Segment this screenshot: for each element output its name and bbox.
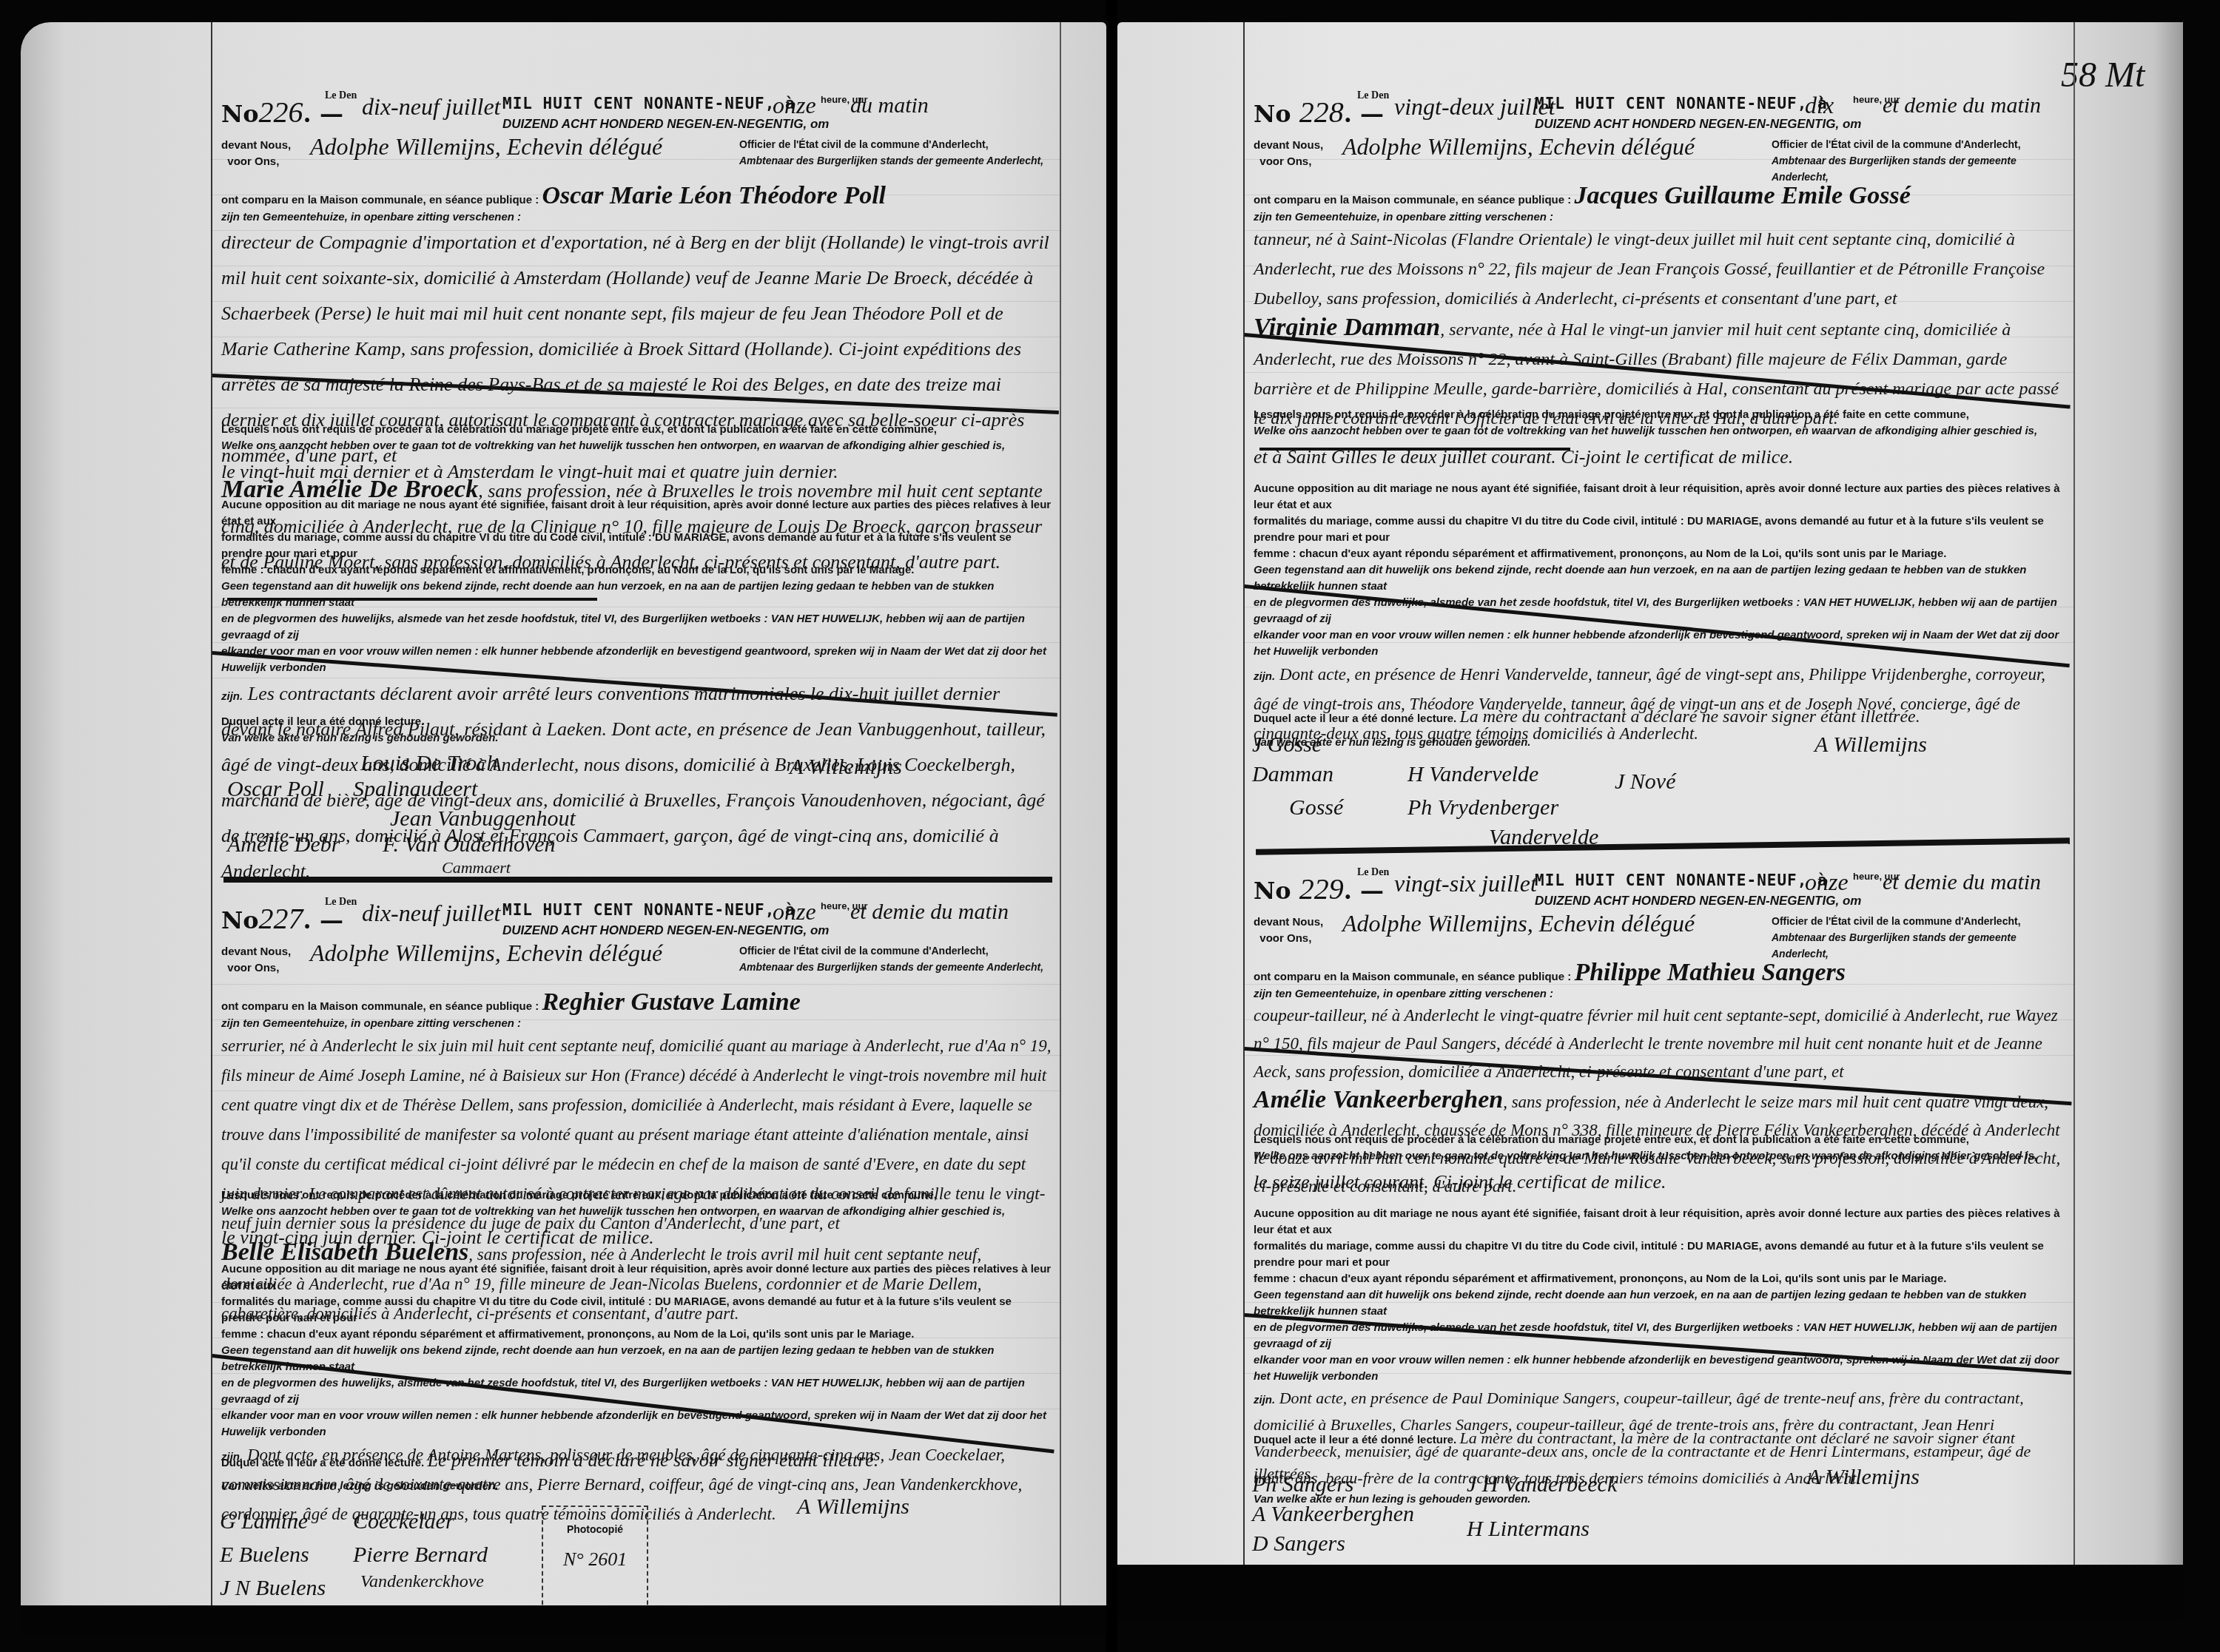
signature: Gossé — [1289, 795, 1343, 820]
publication-note: le vingt-huit mai dernier et à Amsterdam… — [221, 454, 1052, 490]
reading-229: Duquel acte il leur a été donné lecture.… — [1254, 1420, 2066, 1508]
reading-226: Duquel acte il leur a été donné lecture.… — [221, 714, 1052, 746]
signature: Ph Vrydenberger — [1407, 795, 1558, 820]
act-date: vingt-deux juillet — [1394, 93, 1555, 121]
signature: H Lintermans — [1467, 1517, 1590, 1542]
devant-nous-label: devant Nous, voor Ons, — [221, 138, 291, 170]
act-hour: onze — [773, 92, 816, 119]
signature: Spalinaudeert — [353, 777, 477, 802]
left-text-column: No226. — Le Den dix-neuf juillet MIL HUI… — [211, 22, 1061, 1635]
act-date: dix-neuf juillet — [362, 93, 501, 121]
signature: Oscar Poll — [227, 777, 324, 802]
officer-name: Adolphe Willemijns, Echevin délégué — [1342, 133, 1695, 161]
signature: A Vankeerberghen — [1252, 1502, 1414, 1527]
signature: Amélie Debr — [227, 832, 340, 857]
book-gutter — [1106, 0, 1117, 1652]
act-time: et demie du matin — [850, 900, 1009, 925]
signature: Pierre Bernard — [353, 1543, 488, 1568]
publication-226: Lesquels nous ont requis de procéder à l… — [221, 422, 1052, 889]
signature: Jean Vanbuggenhout — [390, 806, 576, 832]
act-time: et demie du matin — [1883, 93, 2041, 118]
comparu-label: ont comparu en la Maison communale, en s… — [221, 182, 1052, 225]
signature: Coeckelaer — [353, 1509, 454, 1534]
act-time: du matin — [850, 93, 929, 118]
left-page: No226. — Le Den dix-neuf juillet MIL HUI… — [21, 22, 1106, 1635]
right-page: 58 Mt No 228. — Le Den vingt-deux juille… — [1117, 22, 2183, 1620]
act-date: dix-neuf juillet — [362, 900, 501, 927]
signature: Cammaert — [442, 858, 511, 877]
signature: D Sangers — [1252, 1531, 1345, 1557]
officer-name: Adolphe Willemijns, Echevin délégué — [310, 940, 662, 967]
signature: J N Buelens — [220, 1576, 326, 1601]
signature: J Nové — [1615, 769, 1675, 795]
officer-label: Officier de l'État civil de la commune d… — [739, 136, 1043, 169]
act-hour: onze — [773, 898, 816, 926]
signature: Louis De Troch — [360, 751, 498, 776]
photocopy-stamp: Photocopié N° 2601 — [542, 1506, 648, 1612]
right-text-column: No 228. — Le Den vingt-deux juillet MIL … — [1243, 22, 2075, 1620]
reading-note: Le premier témoin a déclaré ne savoir si… — [427, 1449, 878, 1471]
groom-details: tanneur, né à Saint-Nicolas (Flandre Ori… — [1254, 225, 2066, 314]
signature: Damman — [1252, 762, 1333, 787]
officer-name: Adolphe Willemijns, Echevin délégué — [310, 133, 662, 161]
reading-227: Duquel acte il leur a été donné lecture.… — [221, 1443, 1052, 1494]
publication-note: et à Saint Gilles le deux juillet couran… — [1254, 439, 2066, 475]
reading-228: Duquel acte il leur a été donné lecture.… — [1254, 699, 2066, 751]
le-den-label: Le Den — [325, 90, 357, 102]
signature: J H Vanderbeeck — [1467, 1472, 1617, 1497]
officer-name: Adolphe Willemijns, Echevin délégué — [1342, 910, 1695, 937]
signature: G Lamine — [220, 1509, 308, 1534]
act-time: et demie du matin — [1883, 870, 2041, 895]
signature: F. Van Oudenhoven — [383, 832, 556, 857]
groom-name: Philippe Mathieu Sangers — [1574, 959, 1846, 986]
publication-note: le seize juillet courant. Ci-joint le ce… — [1254, 1164, 2066, 1200]
signature: Vandenkerckhove — [360, 1572, 484, 1592]
act-date: vingt-six juillet — [1394, 870, 1537, 897]
signature: H Vandervelde — [1407, 762, 1538, 787]
officer-signature: A Willemijns — [1807, 1465, 1920, 1490]
officer-signature: A Willemijns — [797, 1494, 909, 1520]
officer-signature: A Willemijns — [1814, 732, 1927, 758]
act-hour: dix — [1805, 92, 1834, 119]
signature: Ph Sangers — [1252, 1472, 1354, 1497]
witnesses-text: zijn. Les contractants déclarent avoir a… — [221, 676, 1052, 889]
publication-228: Lesquels nous ont requis de procéder à l… — [1254, 407, 2066, 749]
year-fr: MIL HUIT CENT NONANTE-NEUF, à — [502, 95, 795, 112]
signature: E Buelens — [220, 1543, 309, 1568]
groom-name: Reghier Gustave Lamine — [542, 988, 800, 1016]
publication-note: le vingt-cinq juin dernier. Ci-joint le … — [221, 1220, 1052, 1255]
officer-signature: A Willemijns — [790, 755, 902, 780]
year-nl: DUIZEND ACHT HONDERD NEGEN-EN-NEGENTIG, … — [502, 117, 829, 132]
groom-details: coupeur-tailleur, né à Anderlecht le vin… — [1254, 1002, 2066, 1086]
bride-name: Amélie Vankeerberghen — [1254, 1086, 1503, 1113]
groom-name: Jacques Guillaume Emile Gossé — [1574, 182, 1910, 209]
act-hour: onze — [1805, 869, 1849, 896]
groom-name: Oscar Marie Léon Théodore Poll — [542, 182, 886, 209]
signature: J Gossé — [1252, 732, 1322, 758]
reading-note: La mère du contractant a déclaré ne savo… — [1459, 707, 1920, 726]
